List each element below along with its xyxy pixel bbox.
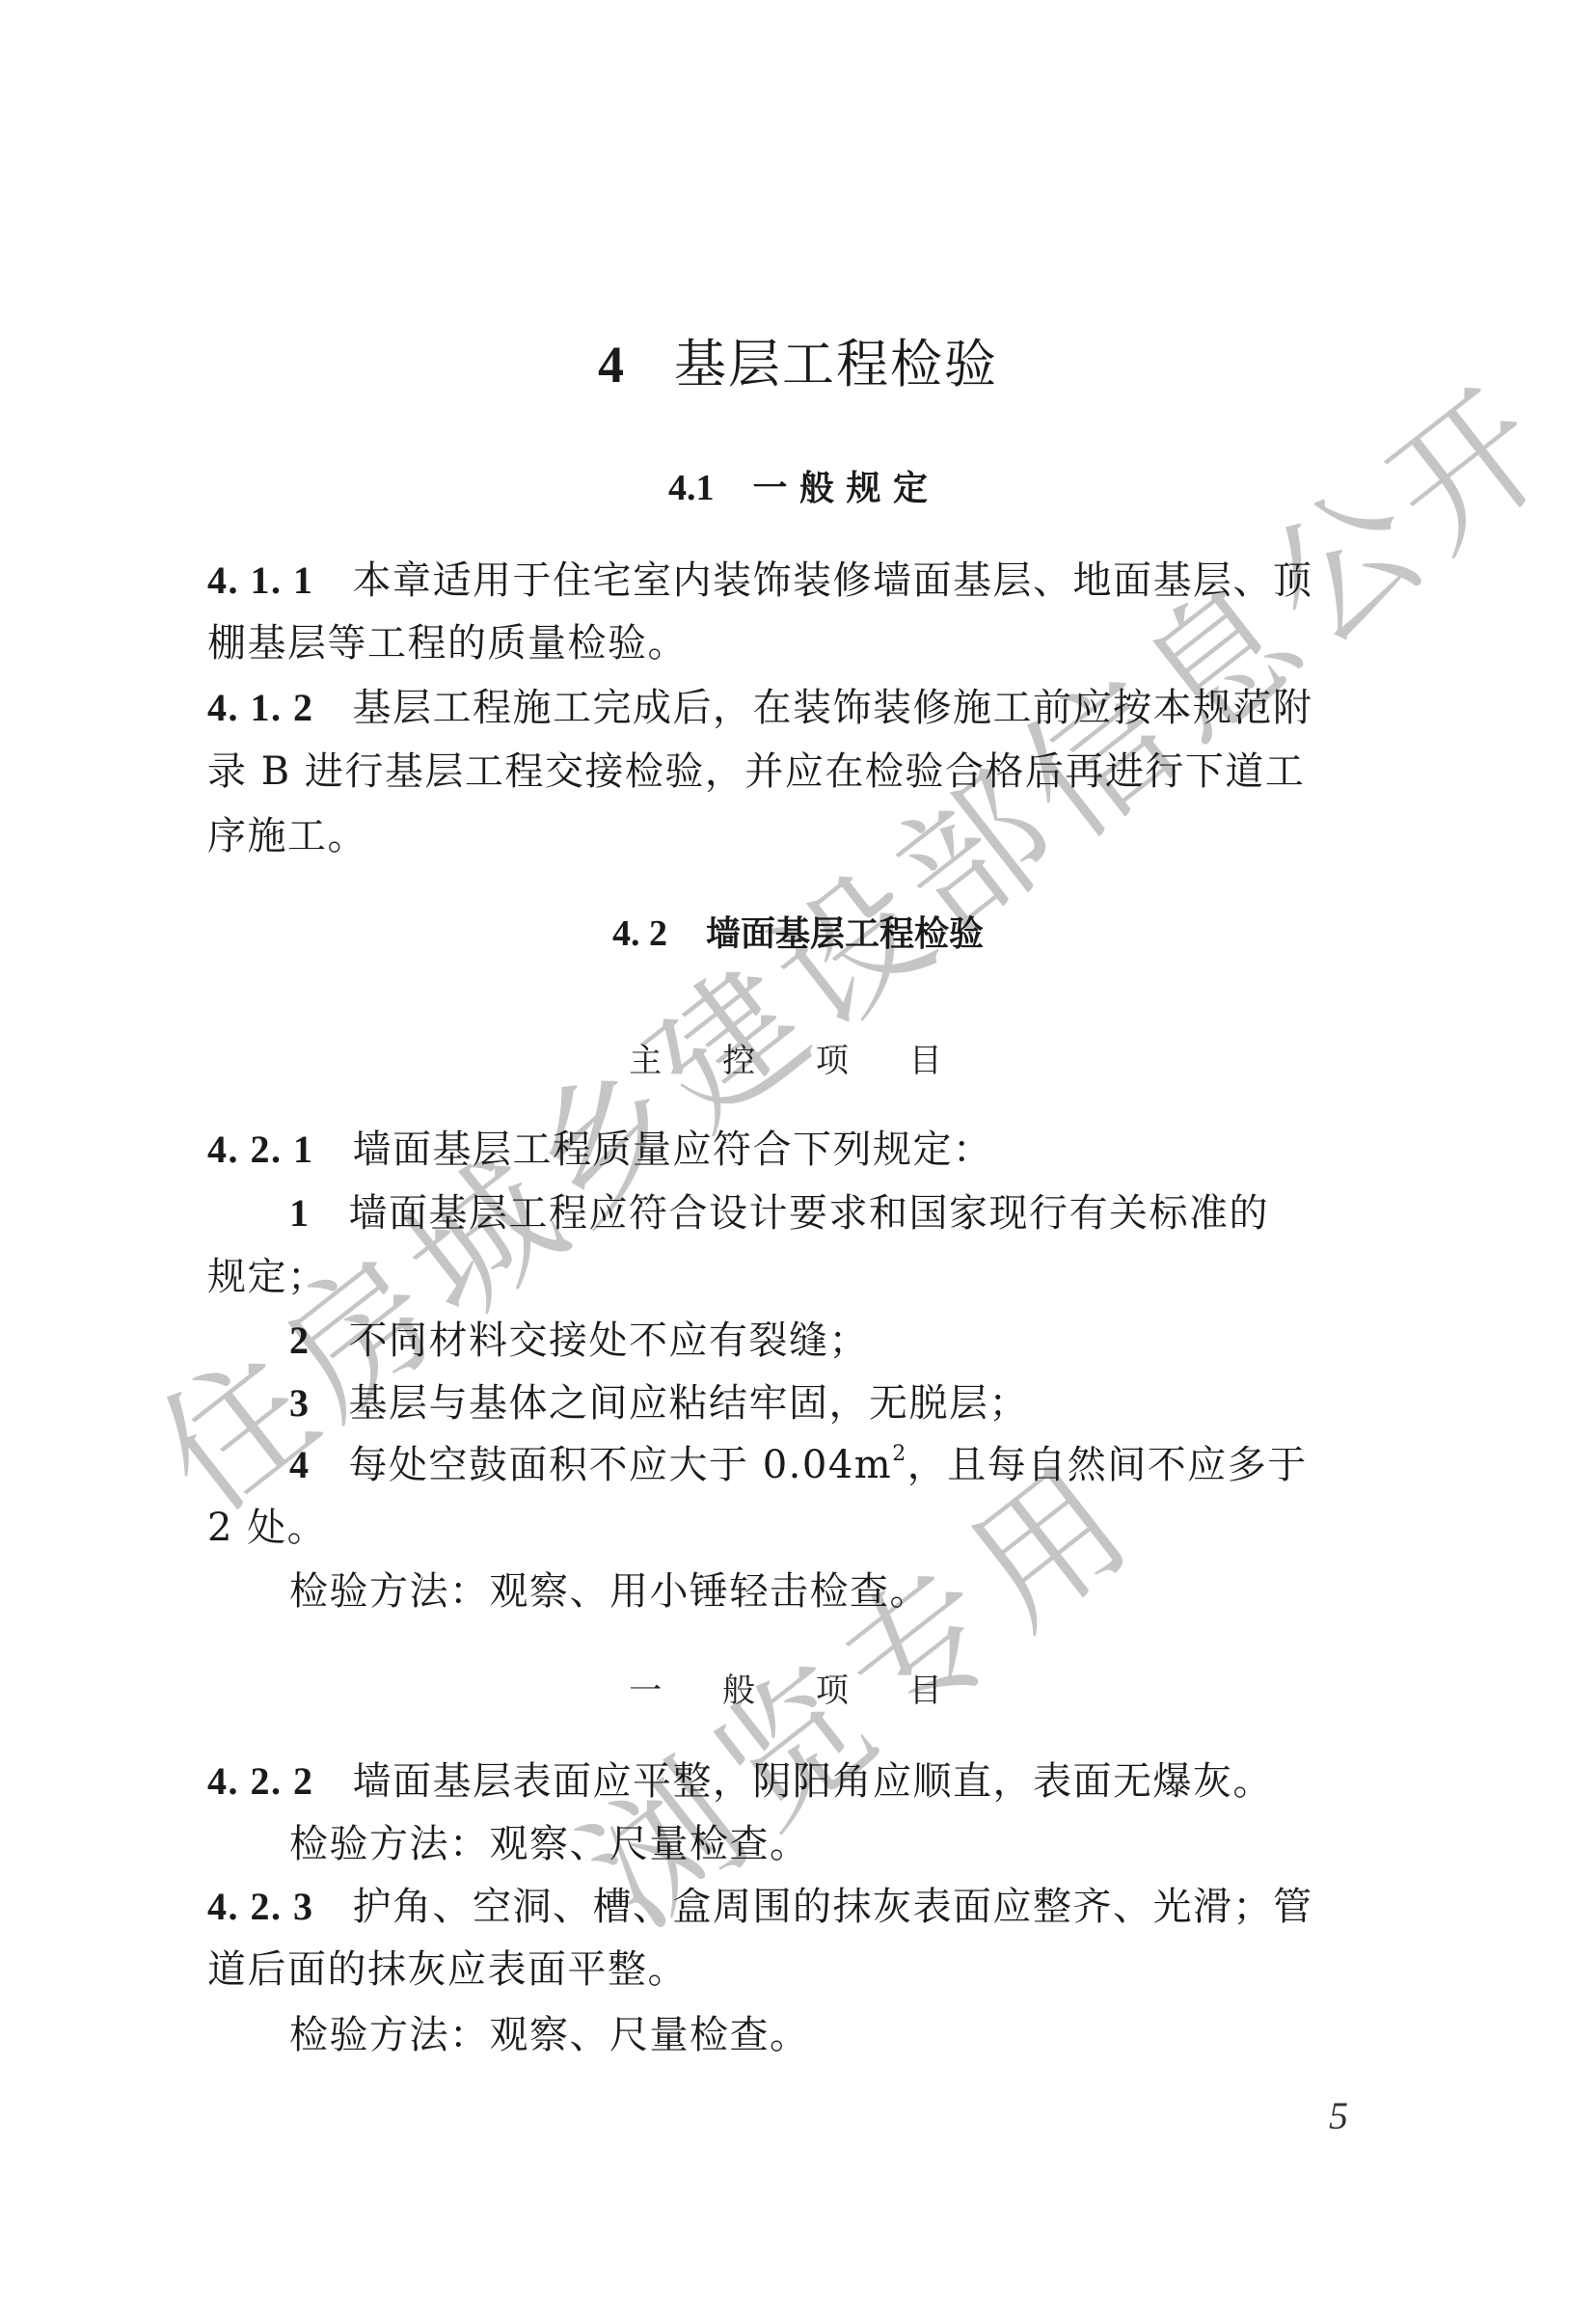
clause-number: 4. 2. 1 bbox=[207, 1128, 314, 1171]
item-text-a: 每处空鼓面积不应大于 0.04m bbox=[349, 1443, 893, 1487]
clause-number: 4. 2. 3 bbox=[207, 1885, 314, 1928]
item-number: 4 bbox=[289, 1443, 311, 1486]
item-3: 3基层与基体之间应粘结牢固，无脱层； bbox=[289, 1382, 1471, 1425]
clause-number: 4. 1. 2 bbox=[207, 686, 314, 729]
item-text: 基层与基体之间应粘结牢固，无脱层； bbox=[349, 1381, 1030, 1426]
item-2: 2不同材料交接处不应有裂缝； bbox=[289, 1319, 1471, 1362]
general-items-heading: 一 般 项 目 bbox=[0, 1664, 1596, 1711]
clause-number: 4. 1. 1 bbox=[207, 558, 314, 602]
superscript: 2 bbox=[892, 1442, 907, 1466]
clause-number: 4. 2. 2 bbox=[207, 1759, 314, 1803]
chapter-title-text: 基层工程检验 bbox=[674, 334, 998, 394]
chapter-number: 4 bbox=[598, 336, 626, 394]
section-number: 4. 2 bbox=[612, 913, 667, 954]
item-1-line-2: 规定； bbox=[207, 1256, 1389, 1298]
clause-4-1-2-line-2: 录 B 进行基层工程交接检验，并应在检验合格后再进行下道工 bbox=[207, 750, 1389, 793]
clause-4-1-2-line-1: 4. 1. 2基层工程施工完成后，在装饰装修施工前应按本规范附 bbox=[207, 687, 1389, 729]
section-4-2-title: 4. 2墙面基层工程检验 bbox=[0, 907, 1596, 956]
page-number: 5 bbox=[1329, 2093, 1348, 2138]
item-text-b: ，且每自然间不应多于 bbox=[907, 1443, 1308, 1487]
clause-text: 本章适用于住宅室内装饰装修墙面基层、地面基层、顶 bbox=[353, 558, 1313, 603]
clause-4-2-2: 4. 2. 2墙面基层表面应平整，阴阳角应顺直，表面无爆灰。 bbox=[207, 1760, 1389, 1803]
inspection-method-4-2-2: 检验方法：观察、尺量检查。 bbox=[289, 1823, 1471, 1865]
clause-4-2-3-line-2: 道后面的抹灰应表面平整。 bbox=[207, 1948, 1389, 1991]
item-number: 1 bbox=[289, 1191, 311, 1235]
clause-4-1-2-line-3: 序施工。 bbox=[207, 815, 1389, 857]
clause-4-2-1: 4. 2. 1墙面基层工程质量应符合下列规定： bbox=[207, 1128, 1389, 1171]
document-page: 住房城乡建设部信息公开 浏览专用 4基层工程检验 4.1一 般 规 定 4. 1… bbox=[0, 0, 1596, 2311]
item-text: 不同材料交接处不应有裂缝； bbox=[349, 1319, 870, 1363]
item-number: 3 bbox=[289, 1381, 311, 1425]
item-1-line-1: 1墙面基层工程应符合设计要求和国家现行有关标准的 bbox=[289, 1192, 1471, 1235]
clause-text: 墙面基层表面应平整，阴阳角应顺直，表面无爆灰。 bbox=[353, 1759, 1274, 1804]
item-4-line-1: 4每处空鼓面积不应大于 0.04m2，且每自然间不应多于 bbox=[289, 1444, 1471, 1486]
clause-4-1-1-line-1: 4. 1. 1本章适用于住宅室内装饰装修墙面基层、地面基层、顶 bbox=[207, 559, 1389, 602]
chapter-title: 4基层工程检验 bbox=[0, 323, 1596, 397]
section-number: 4.1 bbox=[668, 468, 715, 508]
clause-4-2-3-line-1: 4. 2. 3护角、空洞、槽、盒周围的抹灰表面应整齐、光滑；管 bbox=[207, 1886, 1389, 1928]
main-items-heading: 主 控 项 目 bbox=[0, 1034, 1596, 1081]
clause-text: 基层工程施工完成后，在装饰装修施工前应按本规范附 bbox=[353, 686, 1313, 730]
item-number: 2 bbox=[289, 1319, 311, 1362]
clause-text: 护角、空洞、槽、盒周围的抹灰表面应整齐、光滑；管 bbox=[353, 1885, 1313, 1929]
item-text: 墙面基层工程应符合设计要求和国家现行有关标准的 bbox=[349, 1191, 1270, 1236]
inspection-method-4-2-3: 检验方法：观察、尺量检查。 bbox=[289, 2014, 1471, 2056]
item-4-line-2: 2 处。 bbox=[207, 1507, 1389, 1549]
section-4-1-title: 4.1一 般 规 定 bbox=[0, 461, 1596, 510]
clause-text: 墙面基层工程质量应符合下列规定： bbox=[353, 1128, 993, 1172]
clause-4-1-1-line-2: 棚基层等工程的质量检验。 bbox=[207, 622, 1389, 665]
section-title-text: 墙面基层工程检验 bbox=[706, 914, 984, 954]
section-title-text: 一 般 规 定 bbox=[752, 469, 928, 508]
inspection-method-4-2-1: 检验方法：观察、用小锤轻击检查。 bbox=[289, 1570, 1471, 1613]
